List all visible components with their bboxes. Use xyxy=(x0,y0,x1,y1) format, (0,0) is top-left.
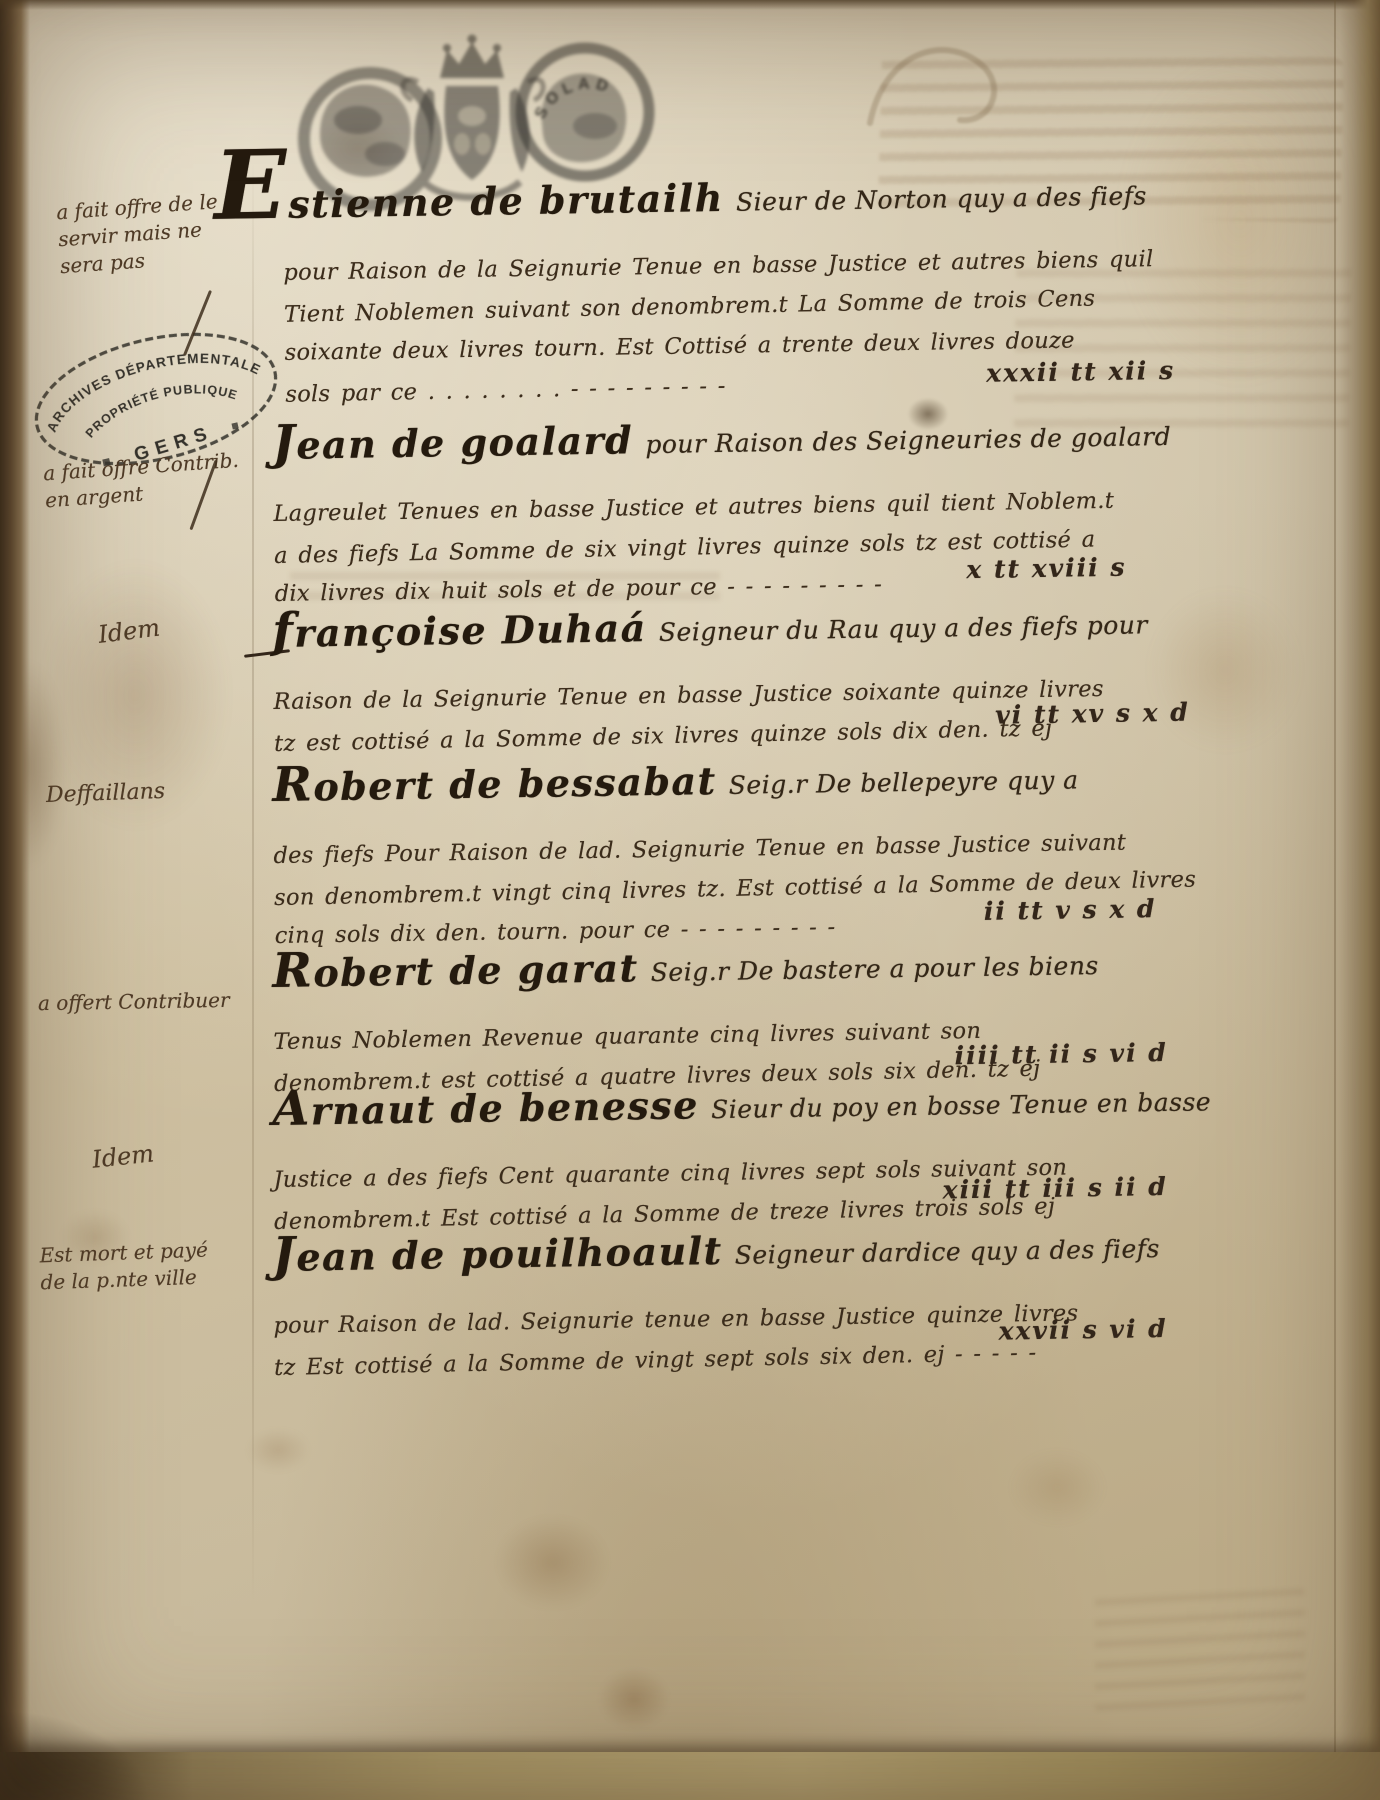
tax-entry: Estienne de brutailh Sieur de Norton quy… xyxy=(272,168,1194,413)
margin-annotation: Idem xyxy=(97,606,229,649)
person-name: Jean de pouilhoault xyxy=(272,1228,723,1280)
ink-stamp-circle-right: SOLAD xyxy=(521,48,649,176)
verso-showthrough xyxy=(1095,1585,1305,1715)
assessment-amount: iiii tt ii s vi d xyxy=(954,1038,1168,1070)
person-name: Estienne de brutailh xyxy=(214,175,724,228)
book-binding-edge xyxy=(0,0,30,1800)
binding-corner-shadow xyxy=(0,1710,150,1800)
assessment-amount: x tt xviii s xyxy=(966,553,1127,585)
assessment-amount: ii tt v s x d xyxy=(984,894,1157,926)
showthrough-flourish xyxy=(855,28,1035,148)
assessment-amount: xiii tt iii s ii d xyxy=(942,1172,1167,1205)
page-stack-line xyxy=(1334,0,1336,1800)
tax-entry: Arnaut de benesse Sieur du poy en bosse … xyxy=(272,1072,1192,1240)
margin-annotation: Deffaillans xyxy=(46,774,277,809)
person-name: Robert de bessabat xyxy=(272,758,717,810)
assessment-amount: xxxii tt xii s xyxy=(986,356,1175,388)
person-name: Robert de garat xyxy=(272,945,639,996)
entry-heading-suffix: Seigneur du Rau quy a des fiefs pour xyxy=(659,610,1148,647)
entry-heading: Jean de goalard pour Raison des Seigneur… xyxy=(272,406,1191,474)
entry-heading-suffix: Seig.r De bastere a pour les biens xyxy=(651,951,1099,987)
margin-annotation: Idem xyxy=(91,1133,223,1173)
tax-entry: Jean de goalard pour Raison des Seigneur… xyxy=(272,406,1193,614)
entry-heading-suffix: pour Raison des Seigneuries de goalard xyxy=(645,422,1171,459)
stamp-text-archives: ARCHIVES DÉPARTEMENTALES xyxy=(10,294,268,442)
stain xyxy=(495,1515,610,1610)
assessment-amount: xxvii s vi d xyxy=(998,1314,1167,1346)
tax-entry: Robert de bessabat Seig.r De bellepeyre … xyxy=(272,748,1193,956)
page-top-edge xyxy=(0,0,1380,10)
person-name: françoise Duhaá xyxy=(272,605,647,656)
stain xyxy=(598,1668,670,1730)
stain xyxy=(246,1428,310,1472)
entry-heading-suffix: Seigneur dardice quy a des fiefs xyxy=(735,1234,1161,1270)
person-name: Jean de goalard xyxy=(272,417,633,468)
entry-heading-suffix: Sieur de Norton quy a des fiefs xyxy=(736,181,1147,216)
stain xyxy=(1010,1450,1105,1525)
entry-heading-suffix: Sieur du poy en bosse Tenue en basse xyxy=(711,1087,1211,1124)
person-name: Arnaut de benesse xyxy=(272,1082,699,1134)
margin-annotation: a offert Contribuer xyxy=(38,986,288,1017)
margin-annotation: Est mort et payé de la p.nte ville xyxy=(39,1234,291,1297)
tax-entry: Jean de pouilhoault Seigneur dardice quy… xyxy=(272,1218,1192,1386)
assessment-amount: vi tt xv s x d xyxy=(995,698,1190,730)
tax-entry: françoise Duhaá Seigneur du Rau quy a de… xyxy=(272,594,1192,762)
entry-heading-suffix: Seig.r De bellepeyre quy a xyxy=(729,765,1079,799)
svg-text:ARCHIVES DÉPARTEMENTALES: ARCHIVES DÉPARTEMENTALES xyxy=(10,294,268,442)
manuscript-page: SOLAD ARCHIVES DÉPARTEMENTALES PROPRIÉTÉ… xyxy=(0,0,1380,1800)
page-bottom-edge xyxy=(0,1752,1380,1800)
page-stack-edge xyxy=(1340,0,1380,1800)
